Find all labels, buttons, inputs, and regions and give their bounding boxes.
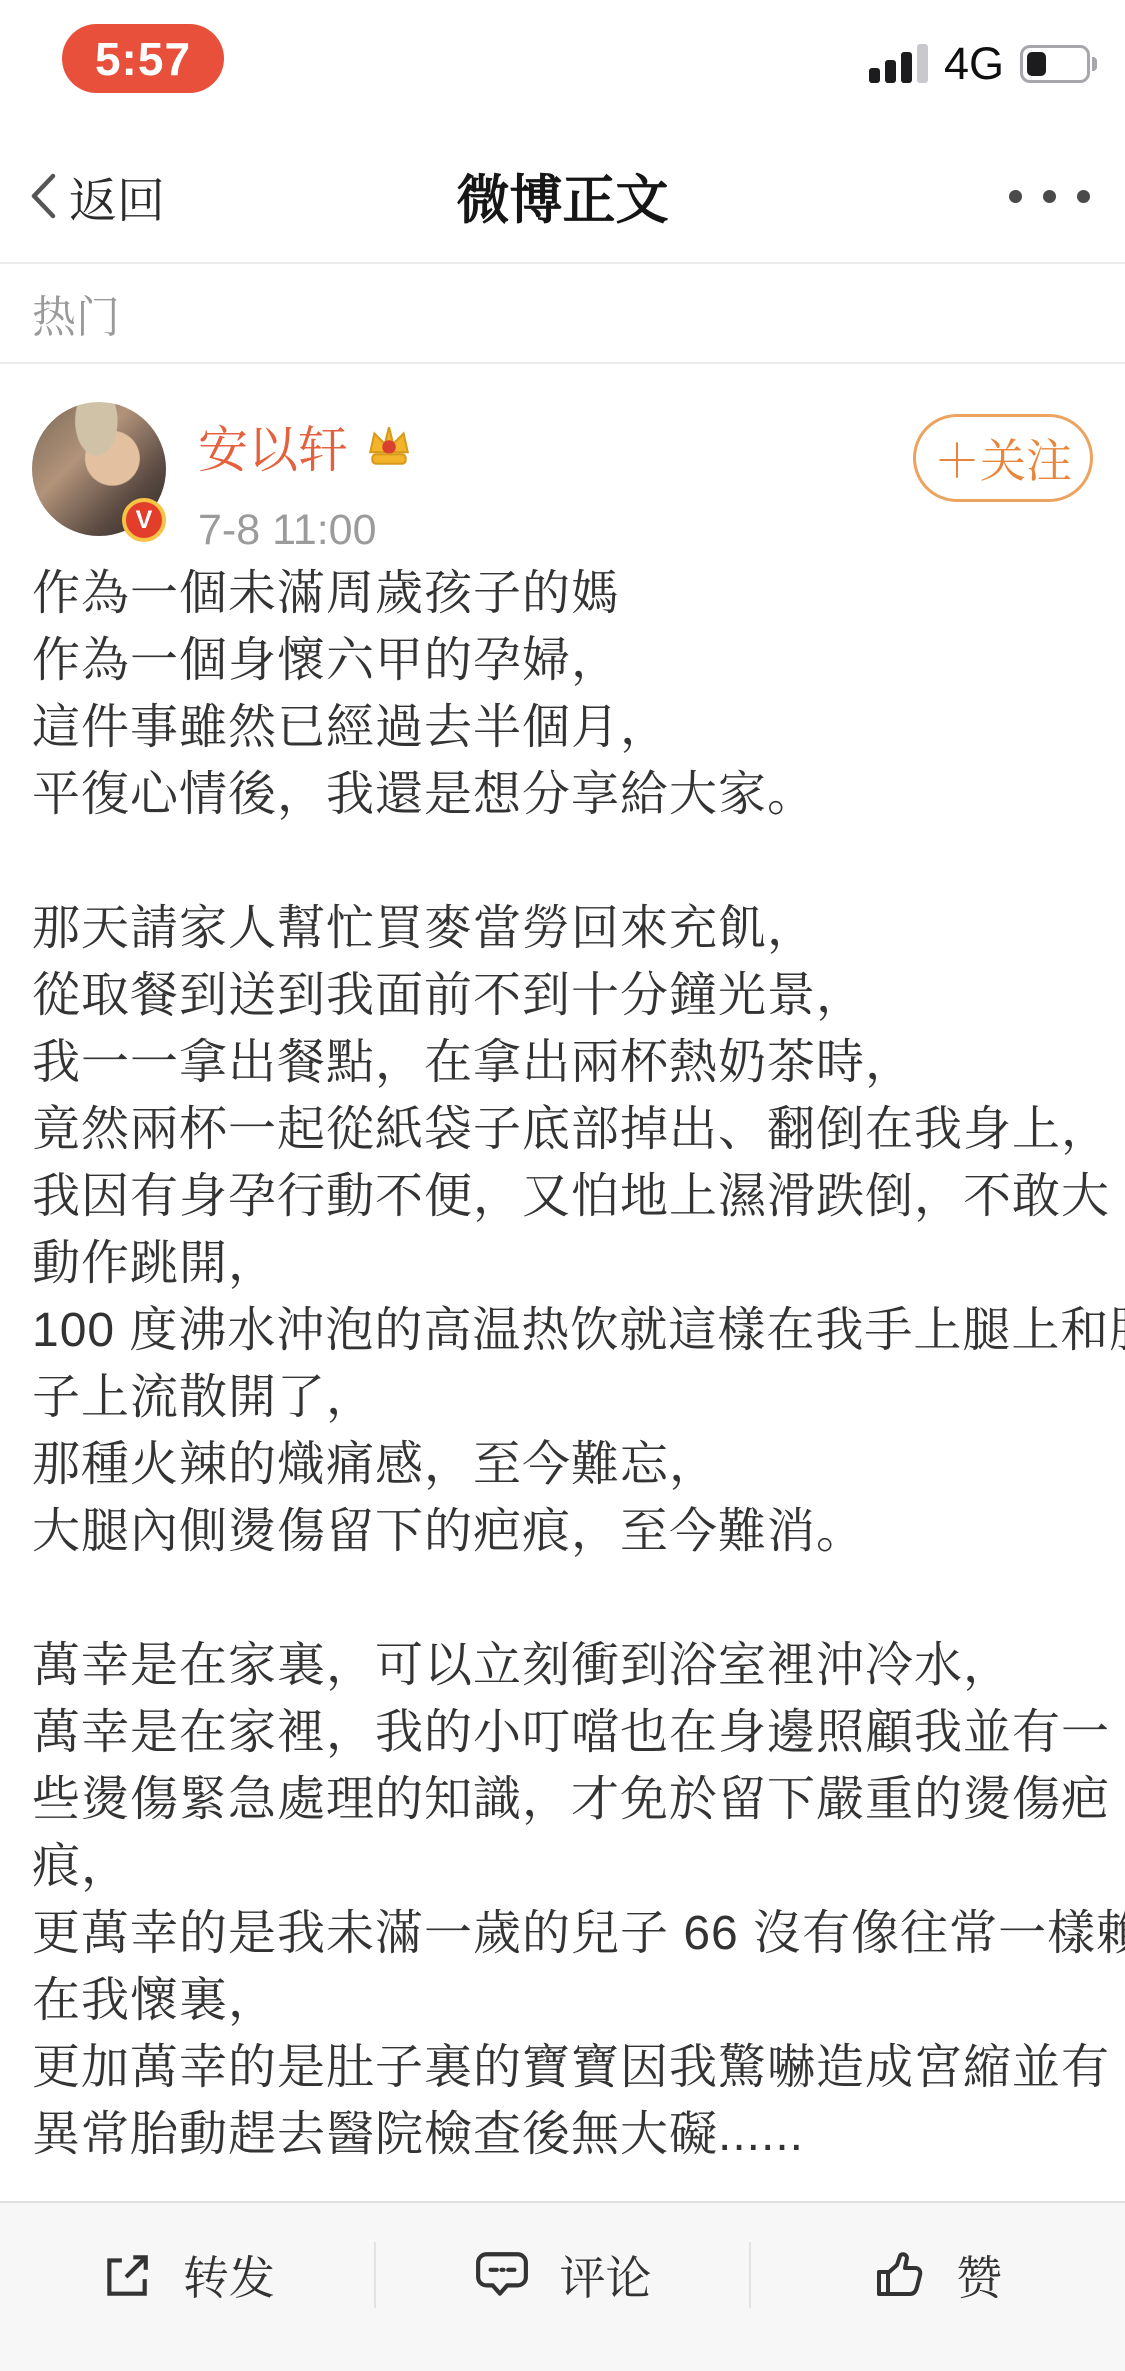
body-line: 100 度沸水沖泡的高温热饮就這樣在我手上腿上和肚 <box>32 1297 1093 1364</box>
body-line: 我一一拿出餐點，在拿出兩杯熱奶茶時， <box>32 1029 1093 1096</box>
user-info: 安以轩 7-8 11:00 <box>198 402 414 538</box>
post: V 安以轩 7-8 11:00 ＋关注 作為一個未滿周歲孩子的媽作為 <box>0 402 1125 2168</box>
status-indicators: 4G <box>869 40 1090 86</box>
weibo-post-screen: 5:57 4G 返回 微博正文 热门 V <box>0 0 1125 2371</box>
post-body: 作為一個未滿周歲孩子的媽作為一個身懷六甲的孕婦，這件事雖然已經過去半個月，平復心… <box>32 560 1093 2168</box>
comment-icon <box>474 2249 530 2301</box>
body-line: 作為一個未滿周歲孩子的媽 <box>32 560 1093 627</box>
body-line: 更加萬幸的是肚子裏的寶寶因我驚嚇造成宮縮並有 <box>32 2034 1093 2101</box>
verified-v-badge: V <box>122 498 166 542</box>
body-line: 痕， <box>32 1833 1093 1900</box>
body-line: 那天請家人幫忙買麥當勞回來充飢， <box>32 895 1093 962</box>
post-timestamp: 7-8 11:00 <box>198 506 414 555</box>
body-line: 大腿內側燙傷留下的疤痕，至今難消。 <box>32 1498 1093 1565</box>
recording-time-pill[interactable]: 5:57 <box>62 24 224 93</box>
follow-button[interactable]: ＋关注 <box>913 414 1093 502</box>
repost-button[interactable]: 转发 <box>0 2242 374 2308</box>
status-time: 5:57 <box>95 32 191 86</box>
tab-hot[interactable]: 热门 <box>32 281 120 345</box>
network-type-label: 4G <box>944 41 1004 86</box>
tab-bar: 热门 <box>0 264 1125 364</box>
vip-crown-icon <box>364 421 414 471</box>
body-line: 子上流散開了， <box>32 1364 1093 1431</box>
body-line: 些燙傷緊急處理的知識，才免於留下嚴重的燙傷疤 <box>32 1766 1093 1833</box>
body-line: 異常胎動趕去醫院檢查後無大礙...... <box>32 2101 1093 2168</box>
page-title: 微博正文 <box>0 130 1125 262</box>
cellular-signal-icon <box>869 44 928 86</box>
body-line: 更萬幸的是我未滿一歲的兒子 66 沒有像往常一樣賴 <box>32 1900 1093 1967</box>
body-line: 在我懷裏， <box>32 1967 1093 2034</box>
battery-icon <box>1020 45 1090 83</box>
avatar[interactable]: V <box>32 402 166 536</box>
like-icon <box>874 2249 926 2301</box>
comment-label: 评论 <box>560 2242 652 2308</box>
body-line: 動作跳開， <box>32 1230 1093 1297</box>
body-line: 竟然兩杯一起從紙袋子底部掉出、翻倒在我身上， <box>32 1096 1093 1163</box>
like-label: 赞 <box>956 2242 1002 2308</box>
comment-button[interactable]: 评论 <box>376 2242 750 2308</box>
body-line: 平復心情後，我還是想分享給大家。 <box>32 761 1093 828</box>
repost-label: 转发 <box>183 2242 275 2308</box>
repost-icon <box>99 2250 153 2300</box>
status-bar: 5:57 4G <box>0 0 1125 130</box>
body-line <box>32 828 1093 895</box>
body-line: 萬幸是在家裡，我的小叮噹也在身邊照顧我並有一 <box>32 1699 1093 1766</box>
like-button[interactable]: 赞 <box>751 2242 1125 2308</box>
body-line: 萬幸是在家裏，可以立刻衝到浴室裡沖冷水， <box>32 1632 1093 1699</box>
body-line: 從取餐到送到我面前不到十分鐘光景， <box>32 962 1093 1029</box>
username[interactable]: 安以轩 <box>198 410 348 482</box>
body-line: 作為一個身懷六甲的孕婦， <box>32 627 1093 694</box>
post-header: V 安以轩 7-8 11:00 ＋关注 <box>32 402 1093 538</box>
body-line <box>32 1565 1093 1632</box>
body-line: 我因有身孕行動不便，又怕地上濕滑跌倒，不敢大 <box>32 1163 1093 1230</box>
body-line: 那種火辣的熾痛感，至今難忘， <box>32 1431 1093 1498</box>
ellipsis-icon <box>1009 190 1090 203</box>
nav-bar: 返回 微博正文 <box>0 130 1125 264</box>
action-bar: 转发 评论 赞 <box>0 2201 1125 2371</box>
body-line: 這件事雖然已經過去半個月， <box>32 694 1093 761</box>
more-button[interactable] <box>1009 130 1090 262</box>
